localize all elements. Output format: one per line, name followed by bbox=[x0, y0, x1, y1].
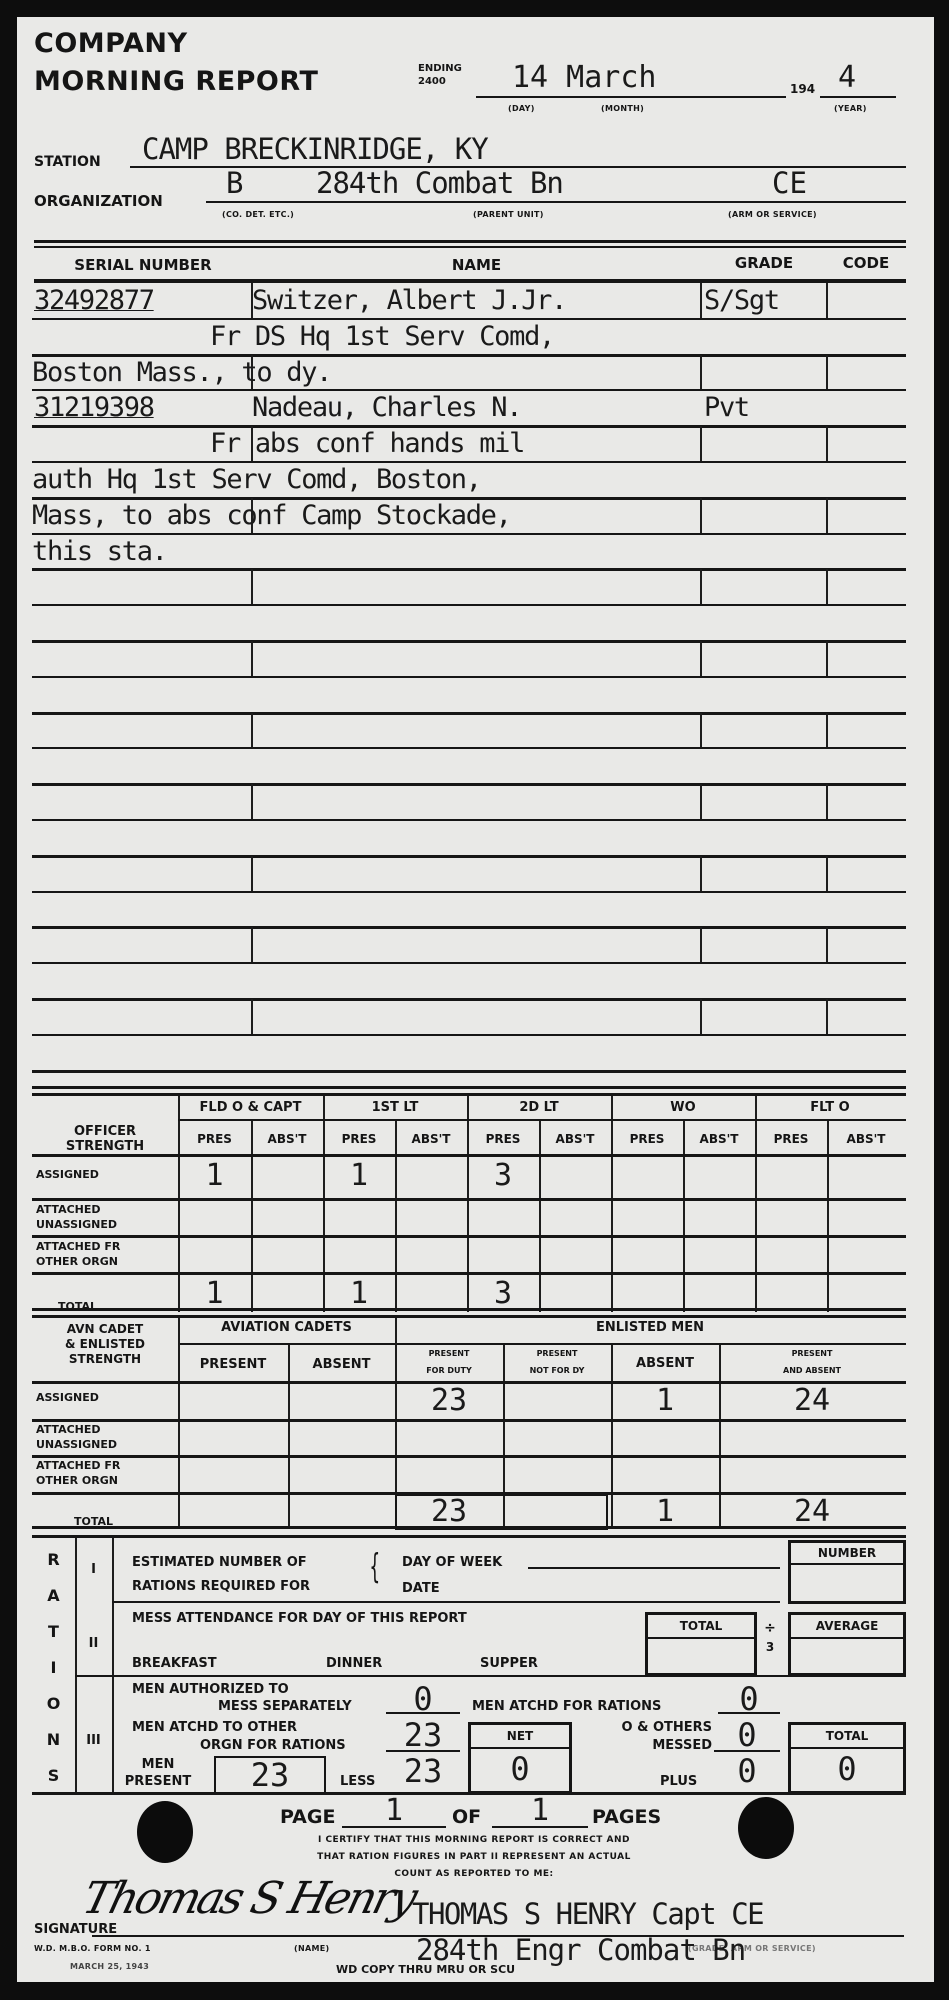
officer-row-label-2: OTHER ORGN bbox=[36, 1255, 118, 1268]
enlisted-row-label-2: OTHER ORGN bbox=[36, 1474, 118, 1487]
officer-count-cell[interactable] bbox=[755, 1276, 827, 1310]
breakfast-label: BREAKFAST bbox=[132, 1656, 217, 1671]
table-top-rule-2 bbox=[34, 246, 906, 248]
pres-subheader: PRES bbox=[755, 1132, 827, 1146]
net-value: 0 bbox=[471, 1749, 569, 1789]
part1-bottom-rule bbox=[112, 1601, 780, 1603]
ending-label: ENDING 2400 bbox=[418, 62, 462, 88]
table-row[interactable] bbox=[32, 679, 906, 712]
plus-value[interactable]: 0 bbox=[714, 1752, 780, 1790]
ending-label-bottom: 2400 bbox=[418, 75, 462, 88]
row-rule bbox=[32, 533, 906, 535]
row-rule bbox=[32, 962, 906, 964]
officer-row-label: ATTACHED bbox=[36, 1203, 101, 1216]
officer-row-label: TOTAL bbox=[58, 1300, 97, 1313]
dinner-label: DINNER bbox=[326, 1656, 382, 1671]
atchd-other-label1: MEN ATCHD TO OTHER bbox=[132, 1720, 297, 1735]
row-rule bbox=[32, 461, 906, 463]
arm-service-sublabel: (ARM OR SERVICE) bbox=[728, 210, 817, 219]
men-present-label1: MEN bbox=[118, 1757, 198, 1772]
table-row[interactable]: auth Hq 1st Serv Comd, Boston, bbox=[32, 464, 906, 497]
pres-subheader: PRES bbox=[611, 1132, 683, 1146]
atchd-other-value[interactable]: 23 bbox=[386, 1716, 460, 1754]
arm-service-field[interactable]: CE bbox=[772, 166, 807, 200]
table-row[interactable] bbox=[32, 786, 906, 819]
year-underline bbox=[820, 96, 896, 98]
cadets-absent-header: ABSENT bbox=[288, 1357, 395, 1372]
pfd-header-1: PRESENT bbox=[395, 1349, 503, 1358]
officer-row-label: ATTACHED FR bbox=[36, 1240, 120, 1253]
rations-side-letter: T bbox=[32, 1622, 75, 1641]
officer-count-cell[interactable] bbox=[755, 1158, 827, 1196]
brace-icon: { bbox=[369, 1547, 380, 1587]
abst-subheader: ABS'T bbox=[395, 1132, 467, 1146]
officer-group-header: FLT O bbox=[755, 1100, 905, 1115]
men-present-box[interactable]: 23 bbox=[214, 1756, 326, 1794]
rations-numeral-divider bbox=[112, 1538, 114, 1792]
table-row[interactable] bbox=[32, 822, 906, 855]
officer-row-label-2: UNASSIGNED bbox=[36, 1218, 117, 1231]
table-row[interactable] bbox=[32, 750, 906, 783]
pres-subheader: PRES bbox=[178, 1132, 251, 1146]
part1-numeral: I bbox=[75, 1562, 112, 1577]
enlisted-col-divider bbox=[288, 1345, 290, 1529]
row-rule bbox=[32, 891, 906, 893]
year-label: (YEAR) bbox=[834, 104, 867, 113]
page-value[interactable]: 1 bbox=[342, 1793, 446, 1828]
month-label: (MONTH) bbox=[601, 104, 644, 113]
o-others-label2: MESSED bbox=[600, 1738, 712, 1753]
table-row[interactable] bbox=[32, 715, 906, 748]
parent-unit-field[interactable]: 284th Combat Bn bbox=[316, 166, 563, 200]
grade: Pvt bbox=[704, 392, 749, 423]
form-title-line1: COMPANY bbox=[34, 28, 188, 59]
enlisted-count-cell[interactable]: 24 bbox=[719, 1383, 905, 1418]
o-others-value[interactable]: 0 bbox=[714, 1716, 780, 1754]
rations-bottom-rule bbox=[32, 1792, 906, 1795]
rations-side-letter: I bbox=[32, 1658, 75, 1677]
organization-underline bbox=[206, 201, 906, 203]
officer-count-cell[interactable] bbox=[178, 1202, 251, 1233]
day-of-week-field[interactable] bbox=[528, 1567, 780, 1569]
table-row[interactable] bbox=[32, 1001, 906, 1034]
remark-text: Mass, to abs conf Camp Stockade, bbox=[32, 500, 511, 531]
typed-name-field[interactable]: THOMAS S HENRY Capt CE bbox=[412, 1897, 763, 1931]
officer-count-cell[interactable] bbox=[395, 1239, 467, 1270]
officer-count-cell[interactable]: 1 bbox=[323, 1276, 395, 1310]
o-others-label1: O & OTHERS bbox=[600, 1720, 712, 1735]
officer-count-cell[interactable]: 3 bbox=[467, 1158, 539, 1196]
enlisted-count-cell[interactable]: 23 bbox=[395, 1383, 503, 1418]
supper-label: SUPPER bbox=[480, 1656, 538, 1671]
officer-count-cell[interactable] bbox=[755, 1202, 827, 1233]
enlisted-row-rule bbox=[32, 1455, 906, 1458]
row-rule bbox=[32, 747, 906, 749]
atchd-rations-label: MEN ATCHD FOR RATIONS bbox=[472, 1699, 661, 1714]
certify-line2: THAT RATION FIGURES IN PART II REPRESENT… bbox=[200, 1852, 748, 1862]
form-title-line2: MORNING REPORT bbox=[34, 66, 318, 97]
pages-value[interactable]: 1 bbox=[492, 1793, 588, 1828]
men-present-value: 23 bbox=[216, 1758, 324, 1792]
ending-label-top: ENDING bbox=[418, 62, 462, 75]
officer-count-cell[interactable] bbox=[755, 1239, 827, 1270]
table-row[interactable]: 31219398Nadeau, Charles N.Pvt bbox=[32, 392, 906, 425]
enlisted-row-label: ASSIGNED bbox=[36, 1391, 99, 1404]
enlisted-row-label: ATTACHED bbox=[36, 1423, 101, 1436]
table-row[interactable] bbox=[32, 571, 906, 604]
pres-subheader: PRES bbox=[467, 1132, 539, 1146]
officer-count-cell[interactable] bbox=[467, 1239, 539, 1270]
enlisted-row-rule bbox=[32, 1419, 906, 1422]
officer-count-cell[interactable]: 1 bbox=[178, 1276, 251, 1310]
remark-text: Fr abs conf hands mil bbox=[210, 428, 524, 459]
row-rule bbox=[32, 676, 906, 678]
cadets-present-header: PRESENT bbox=[178, 1357, 288, 1372]
table-row[interactable]: Fr DS Hq 1st Serv Comd, bbox=[32, 321, 906, 354]
rations-total-box[interactable]: TOTAL 0 bbox=[788, 1722, 906, 1794]
officer-group-rule bbox=[178, 1119, 906, 1121]
grade: S/Sgt bbox=[704, 285, 779, 316]
officer-row-rule bbox=[32, 1235, 906, 1238]
pnfd-header-2: NOT FOR DY bbox=[503, 1366, 611, 1375]
ration-number-box[interactable]: NUMBER bbox=[788, 1540, 906, 1604]
enlisted-men-header: ENLISTED MEN bbox=[395, 1320, 905, 1335]
officer-count-cell[interactable] bbox=[395, 1276, 467, 1310]
table-top-rule bbox=[34, 240, 906, 243]
officer-group-header: FLD O & CAPT bbox=[178, 1100, 323, 1115]
company-field[interactable]: B bbox=[226, 166, 243, 200]
officer-count-cell[interactable] bbox=[611, 1158, 683, 1196]
table-row[interactable]: this sta. bbox=[32, 536, 906, 569]
auth-sep-value[interactable]: 0 bbox=[386, 1680, 460, 1718]
table-row[interactable]: Mass, to abs conf Camp Stockade, bbox=[32, 500, 906, 533]
station-field[interactable]: CAMP BRECKINRIDGE, KY bbox=[142, 132, 488, 166]
officer-count-cell[interactable] bbox=[251, 1276, 323, 1310]
abst-subheader: ABS'T bbox=[539, 1132, 611, 1146]
enlisted-row-label-2: UNASSIGNED bbox=[36, 1438, 117, 1451]
date-label: DATE bbox=[402, 1581, 440, 1596]
serial-number: 31219398 bbox=[34, 392, 154, 423]
abst-subheader: ABS'T bbox=[827, 1132, 905, 1146]
form-number: W.D. M.B.O. FORM NO. 1 bbox=[34, 1944, 151, 1953]
officer-count-cell[interactable] bbox=[251, 1158, 323, 1196]
day-month-field[interactable]: 14 March bbox=[512, 60, 657, 95]
officer-count-cell[interactable] bbox=[827, 1239, 905, 1270]
year-field[interactable]: 4 bbox=[838, 60, 856, 95]
page-label: PAGE bbox=[280, 1806, 335, 1828]
mess-average-label: AVERAGE bbox=[791, 1615, 903, 1639]
pages-label: PAGES bbox=[592, 1806, 661, 1828]
table-row[interactable]: Fr abs conf hands mil bbox=[32, 428, 906, 461]
rations-side-letter: R bbox=[32, 1550, 75, 1569]
date-underline bbox=[476, 96, 786, 98]
row-rule bbox=[32, 1034, 906, 1036]
atchd-rations-value[interactable]: 0 bbox=[718, 1680, 780, 1718]
part1-label2: RATIONS REQUIRED FOR bbox=[132, 1579, 310, 1594]
enlisted-title-line3: STRENGTH bbox=[32, 1352, 178, 1366]
rations-side-letter: O bbox=[32, 1694, 75, 1713]
row-rule bbox=[32, 1070, 906, 1073]
punch-hole-left bbox=[137, 1801, 193, 1863]
pnfd-header-1: PRESENT bbox=[503, 1349, 611, 1358]
table-row[interactable] bbox=[32, 858, 906, 891]
officer-row-label: ASSIGNED bbox=[36, 1168, 99, 1181]
pa-header-2: AND ABSENT bbox=[719, 1366, 905, 1375]
wd-copy-label: WD COPY THRU MRU OR SCU bbox=[336, 1963, 515, 1976]
mess-total-box[interactable]: TOTAL bbox=[645, 1612, 757, 1676]
abst-subheader: ABS'T bbox=[683, 1132, 755, 1146]
enlisted-col-divider bbox=[178, 1318, 180, 1529]
atchd-other-label2: ORGN FOR RATIONS bbox=[200, 1738, 346, 1753]
pres-subheader: PRES bbox=[323, 1132, 395, 1146]
ration-number-label: NUMBER bbox=[791, 1543, 903, 1565]
officer-count-cell[interactable] bbox=[611, 1239, 683, 1270]
col-header-grade: GRADE bbox=[701, 254, 827, 272]
part2-numeral: II bbox=[75, 1636, 112, 1651]
officer-count-cell[interactable] bbox=[395, 1202, 467, 1233]
rations-side-letter: N bbox=[32, 1730, 75, 1749]
officer-count-cell[interactable] bbox=[539, 1276, 611, 1310]
table-row[interactable] bbox=[32, 607, 906, 640]
enlisted-count-cell[interactable]: 24 bbox=[719, 1494, 905, 1529]
part3-numeral: III bbox=[75, 1733, 112, 1748]
punch-hole-right bbox=[738, 1797, 794, 1859]
less-value[interactable]: 23 bbox=[386, 1752, 460, 1790]
officer-bottom-rule bbox=[32, 1308, 906, 1311]
header-rule bbox=[34, 279, 906, 283]
divide-by-value: 3 bbox=[758, 1640, 782, 1654]
enlisted-title-line1: AVN CADET bbox=[32, 1322, 178, 1336]
men-present-label2: PRESENT bbox=[118, 1774, 198, 1789]
enlisted-row-label: ATTACHED FR bbox=[36, 1459, 120, 1472]
enlisted-count-cell[interactable]: 1 bbox=[611, 1494, 719, 1529]
officer-title-line1: OFFICER bbox=[32, 1124, 178, 1139]
remark-text: this sta. bbox=[32, 536, 167, 567]
rations-side-letter: S bbox=[32, 1766, 75, 1785]
officer-title-line2: STRENGTH bbox=[32, 1139, 178, 1154]
rations-side-letter: A bbox=[32, 1586, 75, 1605]
table-row[interactable] bbox=[32, 965, 906, 998]
enlisted-top-rule bbox=[32, 1315, 906, 1318]
pfd-header-2: FOR DUTY bbox=[395, 1366, 503, 1375]
remark-text: Fr DS Hq 1st Serv Comd, bbox=[210, 321, 554, 352]
officer-count-cell[interactable] bbox=[683, 1202, 755, 1233]
organization-label: ORGANIZATION bbox=[34, 192, 163, 210]
rations-total-label: TOTAL bbox=[791, 1725, 903, 1749]
auth-sep-label1: MEN AUTHORIZED TO bbox=[132, 1682, 289, 1697]
officer-count-cell[interactable] bbox=[827, 1276, 905, 1310]
remark-text: auth Hq 1st Serv Comd, Boston, bbox=[32, 464, 481, 495]
mess-total-label: TOTAL bbox=[648, 1615, 754, 1639]
officer-count-cell[interactable]: 1 bbox=[323, 1158, 395, 1196]
officer-count-cell[interactable] bbox=[539, 1239, 611, 1270]
net-label: NET bbox=[471, 1725, 569, 1749]
col-header-code: CODE bbox=[827, 254, 905, 272]
parent-unit-sublabel: (PARENT UNIT) bbox=[473, 210, 544, 219]
unit-overtype: 284th Engr Combat Bn bbox=[416, 1933, 745, 1967]
mess-average-box[interactable]: AVERAGE bbox=[788, 1612, 906, 1676]
form-date: MARCH 25, 1943 bbox=[70, 1962, 149, 1971]
net-box[interactable]: NET 0 bbox=[468, 1722, 572, 1794]
soldier-name: Nadeau, Charles N. bbox=[252, 392, 521, 423]
row-rule bbox=[32, 819, 906, 821]
table-row[interactable]: 32492877Switzer, Albert J.Jr.S/Sgt bbox=[32, 285, 906, 318]
officer-count-cell[interactable] bbox=[611, 1202, 683, 1233]
row-rule bbox=[32, 604, 906, 606]
officer-count-cell[interactable] bbox=[827, 1158, 905, 1196]
of-label: OF bbox=[452, 1806, 481, 1828]
officer-group-header: WO bbox=[611, 1100, 755, 1115]
soldier-name: Switzer, Albert J.Jr. bbox=[252, 285, 566, 316]
company-sublabel: (CO. DET. ETC.) bbox=[222, 210, 294, 219]
officer-count-cell[interactable] bbox=[323, 1202, 395, 1233]
enlisted-title-line2: & ENLISTED bbox=[32, 1337, 178, 1351]
aviation-cadets-header: AVIATION CADETS bbox=[178, 1320, 395, 1335]
station-label: STATION bbox=[34, 154, 101, 170]
pa-header-1: PRESENT bbox=[719, 1349, 905, 1358]
officer-row-rule bbox=[32, 1198, 906, 1201]
serial-number: 32492877 bbox=[34, 285, 154, 316]
officer-count-cell[interactable] bbox=[683, 1158, 755, 1196]
year-prefix: 194 bbox=[790, 82, 815, 96]
officer-count-cell[interactable] bbox=[323, 1239, 395, 1270]
divide-icon: ÷ bbox=[758, 1620, 782, 1636]
officer-count-cell[interactable] bbox=[683, 1276, 755, 1310]
officer-count-cell[interactable] bbox=[539, 1158, 611, 1196]
total-present-box bbox=[395, 1494, 608, 1530]
officer-row-rule bbox=[32, 1154, 906, 1157]
table-row[interactable]: Boston Mass., to dy. bbox=[32, 357, 906, 390]
col-header-serial: SERIAL NUMBER bbox=[34, 256, 252, 274]
day-of-week-label: DAY OF WEEK bbox=[402, 1555, 502, 1570]
certify-line1: I CERTIFY THAT THIS MORNING REPORT IS CO… bbox=[200, 1835, 748, 1845]
part1-label1: ESTIMATED NUMBER OF bbox=[132, 1555, 307, 1570]
officer-count-cell[interactable]: 3 bbox=[467, 1276, 539, 1310]
table-row[interactable] bbox=[32, 1037, 906, 1070]
table-row[interactable] bbox=[32, 894, 906, 927]
part2-bottom-rule bbox=[75, 1675, 906, 1677]
auth-sep-label2: MESS SEPARATELY bbox=[218, 1699, 352, 1714]
rations-top-rule bbox=[32, 1535, 906, 1538]
officer-count-cell[interactable] bbox=[395, 1158, 467, 1196]
name-sublabel: (NAME) bbox=[294, 1944, 329, 1953]
table-row[interactable] bbox=[32, 643, 906, 676]
less-label: LESS bbox=[340, 1774, 375, 1789]
officer-count-cell[interactable] bbox=[251, 1202, 323, 1233]
em-absent-header: ABSENT bbox=[611, 1356, 719, 1371]
rations-total-value: 0 bbox=[791, 1749, 903, 1789]
table-bottom-rule bbox=[32, 1086, 906, 1089]
officer-count-cell[interactable]: 1 bbox=[178, 1158, 251, 1196]
enlisted-bottom-rule bbox=[32, 1526, 906, 1529]
enlisted-count-cell[interactable]: 1 bbox=[611, 1383, 719, 1418]
table-row[interactable] bbox=[32, 929, 906, 962]
col-header-name: NAME bbox=[252, 256, 701, 274]
officer-group-header: 2D LT bbox=[467, 1100, 611, 1115]
signature-field[interactable]: Thomas S Henry bbox=[78, 1873, 420, 1924]
officer-count-cell[interactable] bbox=[251, 1239, 323, 1270]
officer-count-cell[interactable] bbox=[683, 1239, 755, 1270]
mess-attendance-label: MESS ATTENDANCE FOR DAY OF THIS REPORT bbox=[132, 1611, 467, 1626]
plus-label: PLUS bbox=[660, 1774, 697, 1789]
officer-count-cell[interactable] bbox=[178, 1239, 251, 1270]
abst-subheader: ABS'T bbox=[251, 1132, 323, 1146]
officer-count-cell[interactable] bbox=[539, 1202, 611, 1233]
remark-text: Boston Mass., to dy. bbox=[32, 357, 331, 388]
officer-group-header: 1ST LT bbox=[323, 1100, 467, 1115]
officer-count-cell[interactable] bbox=[611, 1276, 683, 1310]
row-rule bbox=[32, 389, 906, 391]
officer-count-cell[interactable] bbox=[827, 1202, 905, 1233]
day-label: (DAY) bbox=[508, 104, 535, 113]
officer-top-rule bbox=[32, 1093, 906, 1096]
row-rule bbox=[32, 318, 906, 320]
officer-count-cell[interactable] bbox=[467, 1202, 539, 1233]
officer-row-rule bbox=[32, 1272, 906, 1275]
